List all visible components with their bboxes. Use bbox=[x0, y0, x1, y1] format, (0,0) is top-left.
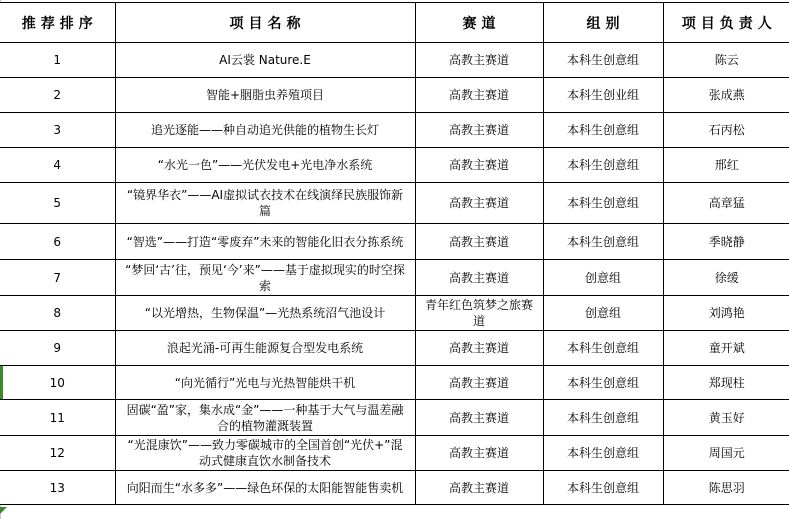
header-row: 推荐排序 项目名称 赛道 组别 项目负责人 bbox=[0, 3, 789, 43]
cell-track[interactable]: 高教主赛道 bbox=[415, 148, 543, 183]
cell-project-name[interactable]: 向阳而生“水多多”——绿色环保的太阳能智能售卖机 bbox=[115, 471, 415, 505]
cell-rank[interactable]: 6 bbox=[0, 224, 115, 260]
cell-rank[interactable]: 4 bbox=[0, 148, 115, 183]
cell-track[interactable]: 高教主赛道 bbox=[415, 331, 543, 366]
cell-leader[interactable]: 张成燕 bbox=[663, 78, 789, 113]
selection-fill-handle-icon[interactable] bbox=[0, 507, 7, 514]
cell-rank[interactable]: 12 bbox=[0, 436, 115, 471]
table-row: 4 “水光一色”——光伏发电+光电净水系统 高教主赛道 本科生创意组 邢红 bbox=[0, 148, 789, 183]
table-row: 12 “光混康饮”——致力零碳城市的全国首创“光伏+”混动式健康直饮水制备技术 … bbox=[0, 436, 789, 471]
cell-group[interactable]: 创意组 bbox=[543, 260, 663, 296]
cell-rank[interactable]: 1 bbox=[0, 43, 115, 78]
cell-leader[interactable]: 石丙松 bbox=[663, 113, 789, 148]
cell-leader[interactable]: 徐缓 bbox=[663, 260, 789, 296]
cell-track[interactable]: 高教主赛道 bbox=[415, 260, 543, 296]
cell-project-name[interactable]: “水光一色”——光伏发电+光电净水系统 bbox=[115, 148, 415, 183]
cell-group[interactable]: 本科生创意组 bbox=[543, 43, 663, 78]
table-row: 7 “梦回‘古’往，预见‘今’来”——基于虚拟现实的时空探索 高教主赛道 创意组… bbox=[0, 260, 789, 296]
table-row: 10 “向光循行”光电与光热智能烘干机 高教主赛道 本科生创意组 郑现柱 bbox=[0, 366, 789, 400]
cell-track[interactable]: 高教主赛道 bbox=[415, 400, 543, 436]
cell-leader[interactable]: 陈云 bbox=[663, 43, 789, 78]
cell-group[interactable]: 创意组 bbox=[543, 296, 663, 331]
cell-group[interactable]: 本科生创意组 bbox=[543, 366, 663, 400]
cell-group[interactable]: 本科生创意组 bbox=[543, 148, 663, 183]
cell-project-name[interactable]: AI云裳 Nature.E bbox=[115, 43, 415, 78]
table-row: 1 AI云裳 Nature.E 高教主赛道 本科生创意组 陈云 bbox=[0, 43, 789, 78]
cell-leader[interactable]: 周国元 bbox=[663, 436, 789, 471]
cell-rank[interactable]: 8 bbox=[0, 296, 115, 331]
cell-rank[interactable]: 3 bbox=[0, 113, 115, 148]
cell-group[interactable]: 本科生创意组 bbox=[543, 331, 663, 366]
projects-table: 推荐排序 项目名称 赛道 组别 项目负责人 1 AI云裳 Nature.E 高教… bbox=[0, 2, 789, 505]
header-leader[interactable]: 项目负责人 bbox=[663, 3, 789, 43]
cell-project-name[interactable]: “向光循行”光电与光热智能烘干机 bbox=[115, 366, 415, 400]
cell-track[interactable]: 高教主赛道 bbox=[415, 224, 543, 260]
cell-leader[interactable]: 童开斌 bbox=[663, 331, 789, 366]
table-row: 3 追光逐能——种自动追光供能的植物生长灯 高教主赛道 本科生创意组 石丙松 bbox=[0, 113, 789, 148]
cell-track[interactable]: 高教主赛道 bbox=[415, 366, 543, 400]
cell-project-name[interactable]: 追光逐能——种自动追光供能的植物生长灯 bbox=[115, 113, 415, 148]
cell-project-name[interactable]: “光混康饮”——致力零碳城市的全国首创“光伏+”混动式健康直饮水制备技术 bbox=[115, 436, 415, 471]
cell-project-name[interactable]: “以光增热，生物保温”—光热系统沼气池设计 bbox=[115, 296, 415, 331]
table-row: 6 “智选”——打造“零废弃”未来的智能化旧衣分拣系统 高教主赛道 本科生创意组… bbox=[0, 224, 789, 260]
cell-rank[interactable]: 2 bbox=[0, 78, 115, 113]
cell-group[interactable]: 本科生创意组 bbox=[543, 113, 663, 148]
cell-group[interactable]: 本科生创意组 bbox=[543, 224, 663, 260]
cell-group[interactable]: 本科生创意组 bbox=[543, 183, 663, 224]
table-row: 5 “镜界华衣”——AI虚拟试衣技术在线演绎民族服饰新篇 高教主赛道 本科生创意… bbox=[0, 183, 789, 224]
cell-group[interactable]: 本科生创业组 bbox=[543, 78, 663, 113]
cell-track[interactable]: 高教主赛道 bbox=[415, 113, 543, 148]
cell-track[interactable]: 高教主赛道 bbox=[415, 183, 543, 224]
cell-leader[interactable]: 刘鸿艳 bbox=[663, 296, 789, 331]
cell-project-name[interactable]: 固碳“盈”家，集水成“金”——一种基于大气与温差融合的植物灌溉装置 bbox=[115, 400, 415, 436]
header-rank[interactable]: 推荐排序 bbox=[0, 3, 115, 43]
table-row: 13 向阳而生“水多多”——绿色环保的太阳能智能售卖机 高教主赛道 本科生创意组… bbox=[0, 471, 789, 505]
cell-rank[interactable]: 10 bbox=[0, 366, 115, 400]
cell-group[interactable]: 本科生创意组 bbox=[543, 471, 663, 505]
table-row: 9 浪起光涌-可再生能源复合型发电系统 高教主赛道 本科生创意组 童开斌 bbox=[0, 331, 789, 366]
cell-track[interactable]: 高教主赛道 bbox=[415, 43, 543, 78]
cell-leader[interactable]: 黄玉好 bbox=[663, 400, 789, 436]
cell-leader[interactable]: 季晓静 bbox=[663, 224, 789, 260]
cell-leader[interactable]: 郑现柱 bbox=[663, 366, 789, 400]
table-body: 1 AI云裳 Nature.E 高教主赛道 本科生创意组 陈云 2 智能+胭脂虫… bbox=[0, 43, 789, 505]
cell-group[interactable]: 本科生创意组 bbox=[543, 400, 663, 436]
cell-track[interactable]: 高教主赛道 bbox=[415, 436, 543, 471]
header-track[interactable]: 赛道 bbox=[415, 3, 543, 43]
cell-group[interactable]: 本科生创意组 bbox=[543, 436, 663, 471]
cell-rank[interactable]: 7 bbox=[0, 260, 115, 296]
cell-project-name[interactable]: “镜界华衣”——AI虚拟试衣技术在线演绎民族服饰新篇 bbox=[115, 183, 415, 224]
table-row: 11 固碳“盈”家，集水成“金”——一种基于大气与温差融合的植物灌溉装置 高教主… bbox=[0, 400, 789, 436]
cell-leader[interactable]: 邢红 bbox=[663, 148, 789, 183]
table-row: 2 智能+胭脂虫养殖项目 高教主赛道 本科生创业组 张成燕 bbox=[0, 78, 789, 113]
cell-rank[interactable]: 5 bbox=[0, 183, 115, 224]
cell-track[interactable]: 青年红色筑梦之旅赛道 bbox=[415, 296, 543, 331]
spreadsheet-canvas: 推荐排序 项目名称 赛道 组别 项目负责人 1 AI云裳 Nature.E 高教… bbox=[0, 0, 789, 519]
cell-leader[interactable]: 高章猛 bbox=[663, 183, 789, 224]
cell-rank[interactable]: 9 bbox=[0, 331, 115, 366]
cell-track[interactable]: 高教主赛道 bbox=[415, 471, 543, 505]
table-row: 8 “以光增热，生物保温”—光热系统沼气池设计 青年红色筑梦之旅赛道 创意组 刘… bbox=[0, 296, 789, 331]
header-name[interactable]: 项目名称 bbox=[115, 3, 415, 43]
cell-track[interactable]: 高教主赛道 bbox=[415, 78, 543, 113]
cell-leader[interactable]: 陈思羽 bbox=[663, 471, 789, 505]
cell-rank[interactable]: 13 bbox=[0, 471, 115, 505]
header-group[interactable]: 组别 bbox=[543, 3, 663, 43]
cell-project-name[interactable]: “梦回‘古’往，预见‘今’来”——基于虚拟现实的时空探索 bbox=[115, 260, 415, 296]
cell-project-name[interactable]: “智选”——打造“零废弃”未来的智能化旧衣分拣系统 bbox=[115, 224, 415, 260]
cell-rank[interactable]: 11 bbox=[0, 400, 115, 436]
cell-project-name[interactable]: 浪起光涌-可再生能源复合型发电系统 bbox=[115, 331, 415, 366]
cell-project-name[interactable]: 智能+胭脂虫养殖项目 bbox=[115, 78, 415, 113]
